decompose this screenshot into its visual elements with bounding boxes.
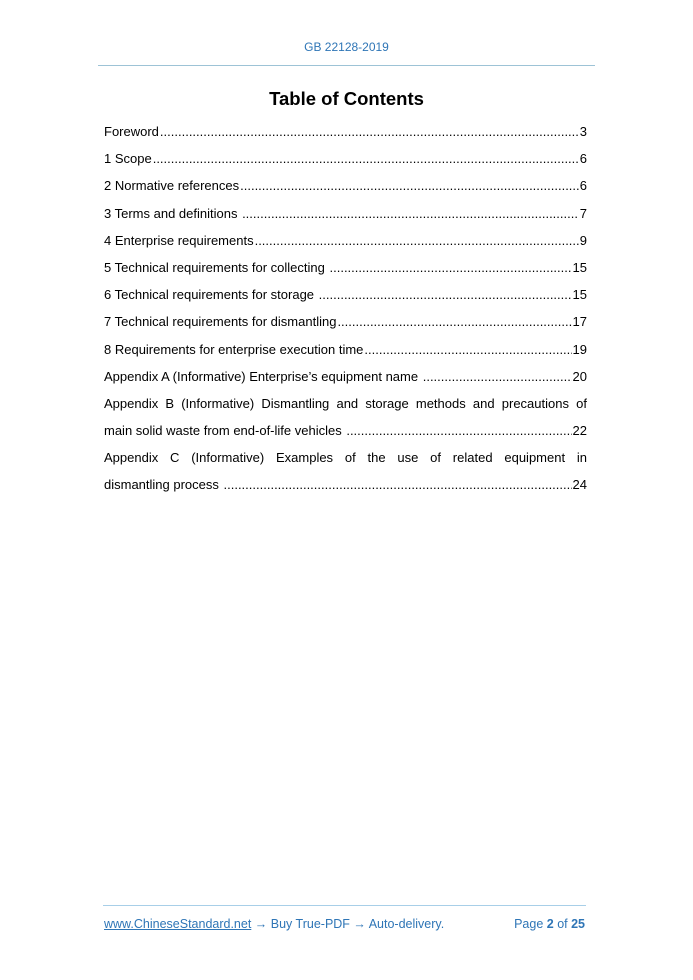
toc-entry-page: 15	[573, 258, 587, 278]
toc-entry-label: 2 Normative references	[104, 176, 239, 196]
toc-entry-label: 5 Technical requirements for collecting	[104, 258, 329, 278]
toc-entry-label: 4 Enterprise requirements	[104, 231, 254, 251]
toc-entry-execution-time[interactable]: 8 Requirements for enterprise execution …	[104, 340, 587, 367]
toc-entry-page: 19	[573, 340, 587, 360]
toc-entry-page: 3	[580, 122, 587, 142]
dot-leader	[240, 176, 579, 196]
toc-entry-storage[interactable]: 6 Technical requirements for storage 15	[104, 285, 587, 312]
toc-entry-appendix-b-line1[interactable]: Appendix B (Informative) Dismantling and…	[104, 394, 587, 421]
toc-entry-page: 9	[580, 231, 587, 251]
toc-entry-normative-references[interactable]: 2 Normative references 6	[104, 176, 587, 203]
page-indicator: Page 2 of 25	[514, 917, 585, 931]
dot-leader	[255, 231, 579, 251]
header-rule	[98, 65, 595, 66]
toc-entry-page: 7	[580, 204, 587, 224]
footer-tagline: → Buy True-PDF → Auto-delivery.	[251, 917, 444, 931]
toc-entry-appendix-a[interactable]: Appendix A (Informative) Enterprise’s eq…	[104, 367, 587, 394]
toc-entry-page: 6	[580, 149, 587, 169]
toc-entry-scope[interactable]: 1 Scope 6	[104, 149, 587, 176]
toc-entry-label: 7 Technical requirements for dismantling	[104, 312, 336, 332]
toc-entry-label: 6 Technical requirements for storage	[104, 285, 318, 305]
current-page: 2	[547, 917, 554, 931]
footer: www.ChineseStandard.net → Buy True-PDF →…	[104, 917, 585, 931]
toc-entry-label: 3 Terms and definitions	[104, 204, 241, 224]
dot-leader	[364, 340, 571, 360]
dot-leader	[224, 475, 572, 495]
toc-entry-collecting[interactable]: 5 Technical requirements for collecting …	[104, 258, 587, 285]
toc-entry-label: 8 Requirements for enterprise execution …	[104, 340, 363, 360]
total-pages: 25	[571, 917, 585, 931]
toc-entry-label: dismantling process	[104, 475, 223, 495]
dot-leader	[330, 258, 572, 278]
footer-rule	[103, 905, 586, 906]
toc-entry-appendix-c-line1[interactable]: Appendix C (Informative) Examples of the…	[104, 448, 587, 475]
toc-entry-label: Appendix C (Informative) Examples of the…	[104, 448, 587, 468]
toc-entry-page: 15	[573, 285, 587, 305]
toc-entry-enterprise-requirements[interactable]: 4 Enterprise requirements 9	[104, 231, 587, 258]
toc-list: Foreword 3 1 Scope 6 2 Normative referen…	[104, 122, 587, 503]
footer-promo: www.ChineseStandard.net → Buy True-PDF →…	[104, 917, 444, 931]
toc-title: Table of Contents	[0, 88, 693, 110]
dot-leader	[160, 122, 579, 142]
toc-entry-foreword[interactable]: Foreword 3	[104, 122, 587, 149]
page-prefix: Page	[514, 917, 547, 931]
toc-entry-page: 17	[573, 312, 587, 332]
toc-entry-terms-definitions[interactable]: 3 Terms and definitions 7	[104, 204, 587, 231]
toc-entry-page: 24	[573, 475, 587, 495]
toc-entry-appendix-b[interactable]: main solid waste from end-of-life vehicl…	[104, 421, 587, 448]
dot-leader	[242, 204, 579, 224]
document-id: GB 22128-2019	[0, 40, 693, 54]
dot-leader	[319, 285, 572, 305]
toc-entry-label: Appendix A (Informative) Enterprise’s eq…	[104, 367, 422, 387]
dot-leader	[153, 149, 579, 169]
toc-entry-label: Foreword	[104, 122, 159, 142]
page-of: of	[554, 917, 571, 931]
toc-entry-page: 6	[580, 176, 587, 196]
dot-leader	[337, 312, 571, 332]
toc-entry-dismantling[interactable]: 7 Technical requirements for dismantling…	[104, 312, 587, 339]
website-link[interactable]: www.ChineseStandard.net	[104, 917, 251, 931]
toc-entry-page: 22	[573, 421, 587, 441]
toc-entry-page: 20	[573, 367, 587, 387]
toc-entry-label: main solid waste from end-of-life vehicl…	[104, 421, 345, 441]
dot-leader	[423, 367, 572, 387]
toc-entry-label: Appendix B (Informative) Dismantling and…	[104, 394, 587, 414]
toc-entry-label: 1 Scope	[104, 149, 152, 169]
toc-entry-appendix-c[interactable]: dismantling process 24	[104, 475, 587, 502]
dot-leader	[346, 421, 571, 441]
